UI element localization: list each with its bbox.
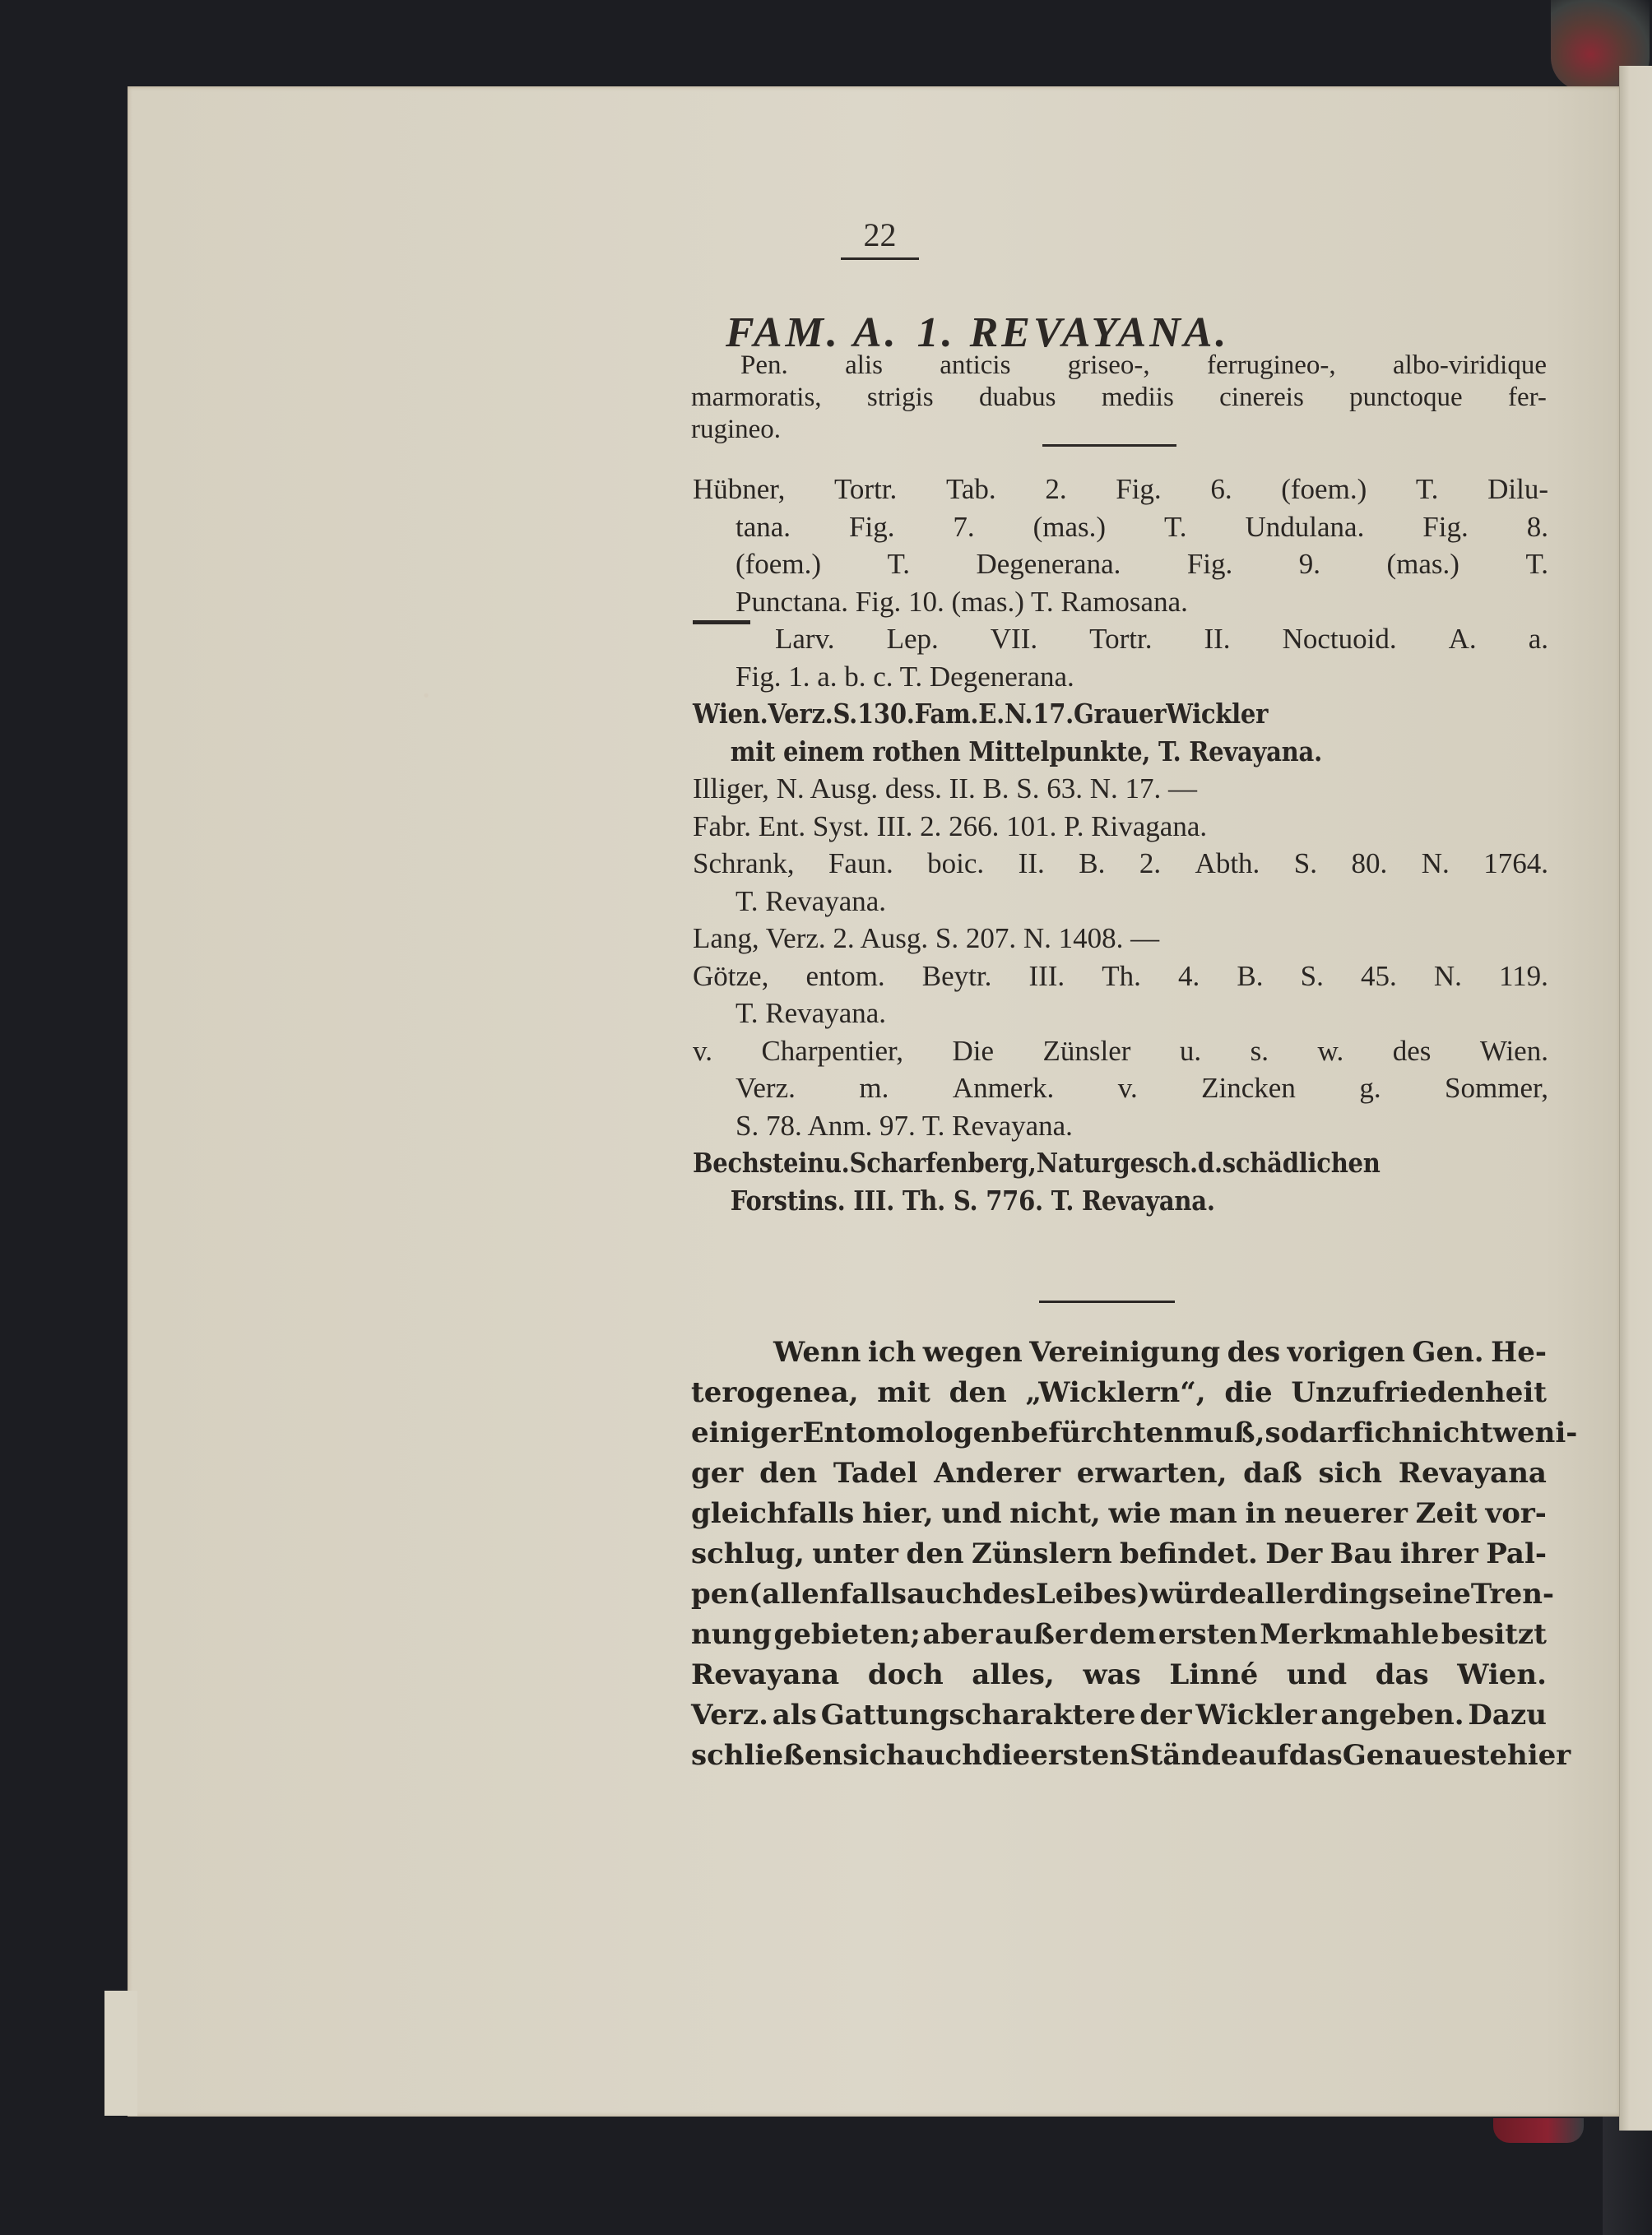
reference-line: Lang, Verz. 2. Ausg. S. 207. N. 1408. — [693,920,1548,958]
page-number: 22 [841,216,919,260]
reference-line: mit einem rothen Mittelpunkte, T. Revaya… [693,733,1322,771]
reference-line: Bechsteinu.Scharfenberg,Naturgesch.d.sch… [693,1144,1547,1182]
page-gutter-fold [1619,66,1652,2131]
reference-line: Wien.Verz.S.130.Fam.E.N.17.GrauerWickler [693,695,1547,733]
reference-line: Fig. 1. a. b. c. T. Degenerana. [693,658,1548,696]
reference-line: Schrank,Faun.boic.II.B.2.Abth.S.80.N.176… [693,845,1548,883]
diagnosis-line: marmoratis,strigisduabusmediiscinereispu… [691,382,1547,414]
paragraph-line: terogenea,mitden„Wicklern“,dieUnzufriede… [691,1373,1547,1413]
paragraph-line: Verz.alsGattungscharakterederWicklerange… [691,1695,1547,1736]
reference-line: Götze,entom.Beytr.III.Th.4.B.S.45.N.119. [693,958,1548,995]
paragraph-line: schlug,unterdenZünslernbefindet.DerBauih… [691,1534,1547,1574]
paragraph-line: gerdenTadelAnderererwarten,daßsichRevaya… [691,1454,1547,1494]
reference-line: Illiger, N. Ausg. dess. II. B. S. 63. N.… [693,770,1548,808]
reference-line: Fabr. Ent. Syst. III. 2. 266. 101. P. Ri… [693,808,1548,846]
page-edge [104,1991,137,2116]
latin-diagnosis: Pen.alisanticisgriseo-,ferrugineo-,albo-… [691,350,1547,446]
reference-line: Hübner,Tortr.Tab.2.Fig.6.(foem.)T.Dilu- [693,471,1548,508]
reference-text: Larv.Lep.VII.Tortr.II.Noctuoid.A.a. [775,620,1548,658]
separator-rule [1039,1301,1175,1303]
reference-line: Punctana. Fig. 10. (mas.) T. Ramosana. [693,583,1548,621]
paragraph-line: Revayanadochalles,wasLinnéunddasWien. [691,1655,1547,1695]
reference-line: T. Revayana. [693,883,1548,920]
paragraph-line: nunggebieten;aberaußerdemerstenMerkmahle… [691,1615,1547,1655]
paragraph-line: gleichfallshier,undnicht,wiemaninneuerer… [691,1494,1547,1534]
reference-line: Forstins. III. Th. S. 776. T. Revayana. [693,1182,1215,1220]
reference-line: (foem.)T.Degenerana.Fig.9.(mas.)T. [693,545,1548,583]
reference-line: T. Revayana. [693,995,1548,1032]
paragraph-line: einigerEntomologenbefürchtenmuß,sodarfic… [691,1413,1547,1454]
reference-line: tana.Fig.7.(mas.)T.Undulana.Fig.8. [693,508,1548,546]
separator-rule [1042,444,1176,447]
headband-bottom [1493,2118,1584,2143]
paragraph-line: pen(allenfallsauchdesLeibes)würdeallerdi… [691,1574,1547,1615]
diagnosis-line: rugineo. [691,414,1547,446]
paragraph-line: schließensichauchdieerstenStändeaufdasGe… [691,1736,1547,1776]
diagnosis-line: Pen.alisanticisgriseo-,ferrugineo-,albo-… [691,350,1547,382]
reference-line: Larv.Lep.VII.Tortr.II.Noctuoid.A.a. [693,620,1548,658]
reference-line: S. 78. Anm. 97. T. Revayana. [693,1107,1548,1145]
bibliography-references: Hübner,Tortr.Tab.2.Fig.6.(foem.)T.Dilu- … [693,471,1548,1219]
body-paragraph: WennichwegenVereinigungdesvorigenGen.He-… [691,1333,1547,1776]
reference-line: v.Charpentier,DieZünsleru.s.w.desWien. [693,1032,1548,1070]
paragraph-line: WennichwegenVereinigungdesvorigenGen.He- [691,1333,1547,1373]
reference-line: Verz.m.Anmerk.v.Zinckeng.Sommer, [693,1069,1548,1107]
ditto-dash [693,620,750,624]
